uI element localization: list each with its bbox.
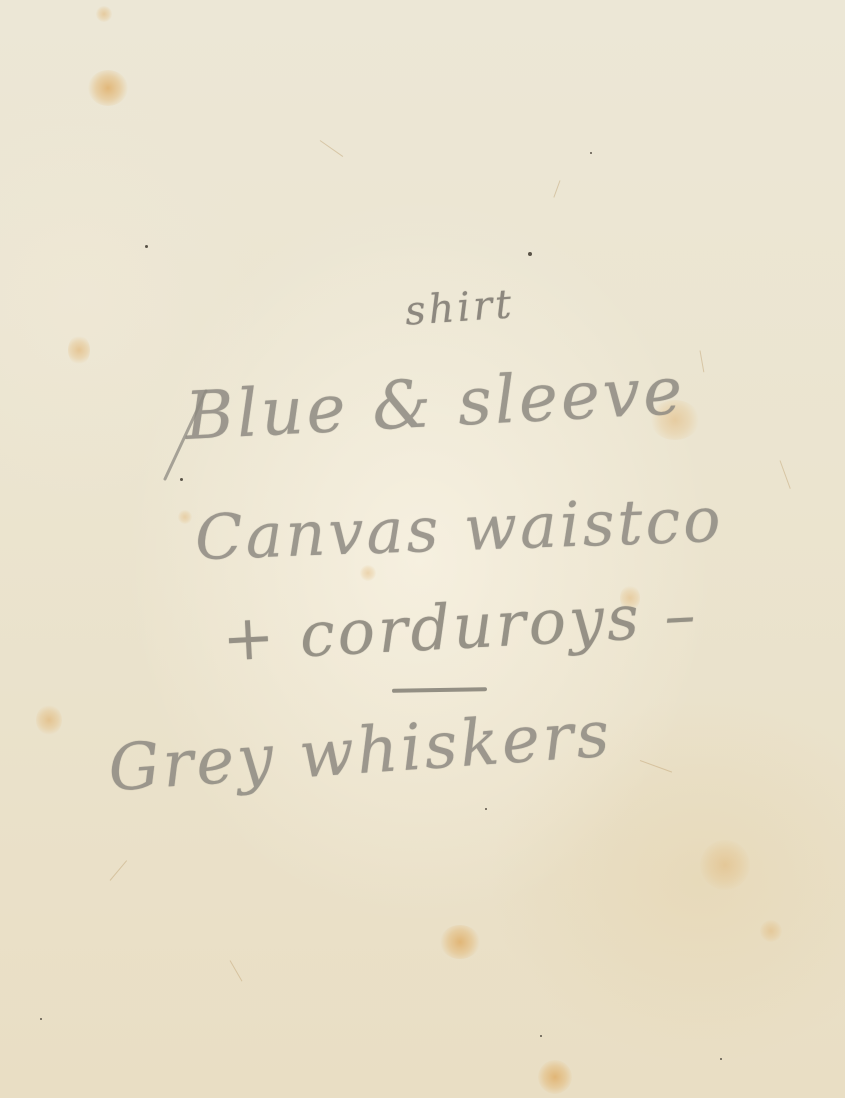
foxing-spot [538, 1060, 572, 1094]
foxing-spot [36, 705, 62, 735]
foxing-spot [68, 335, 90, 365]
handwritten-line-corduroys: + corduroys – [220, 578, 700, 676]
pencil-underline [392, 687, 487, 693]
paper-speck [590, 152, 592, 154]
paper-speck [40, 1018, 42, 1020]
paper-speck [540, 1035, 542, 1037]
foxing-spot [760, 920, 782, 942]
handwritten-line-blue-sleeve: Blue & sleeve [183, 352, 687, 455]
foxing-spot [88, 70, 128, 106]
paper-speck [528, 252, 532, 256]
paper-fiber [110, 860, 127, 881]
foxing-spot [700, 840, 750, 890]
paper-fiber [780, 460, 791, 489]
handwritten-line-grey-whiskers: Grey whiskers [106, 697, 614, 806]
handwritten-line-canvas-waistcoat: Canvas waistco [194, 483, 725, 574]
paper-speck [145, 245, 148, 248]
paper-fiber [640, 760, 672, 773]
paper-speck [180, 478, 183, 481]
foxing-spot [178, 510, 192, 524]
paper-speck [485, 808, 487, 810]
paper-speck [720, 1058, 722, 1060]
paper-fiber [320, 140, 344, 157]
paper-fiber [230, 960, 243, 981]
paper-fiber [700, 350, 705, 372]
handwritten-line-shirt: shirt [404, 281, 516, 335]
paper-fiber [553, 180, 560, 197]
foxing-spot [96, 6, 112, 22]
foxing-spot [440, 925, 480, 959]
aged-paper-sheet: shirt Blue & sleeve Canvas waistco + cor… [0, 0, 845, 1098]
